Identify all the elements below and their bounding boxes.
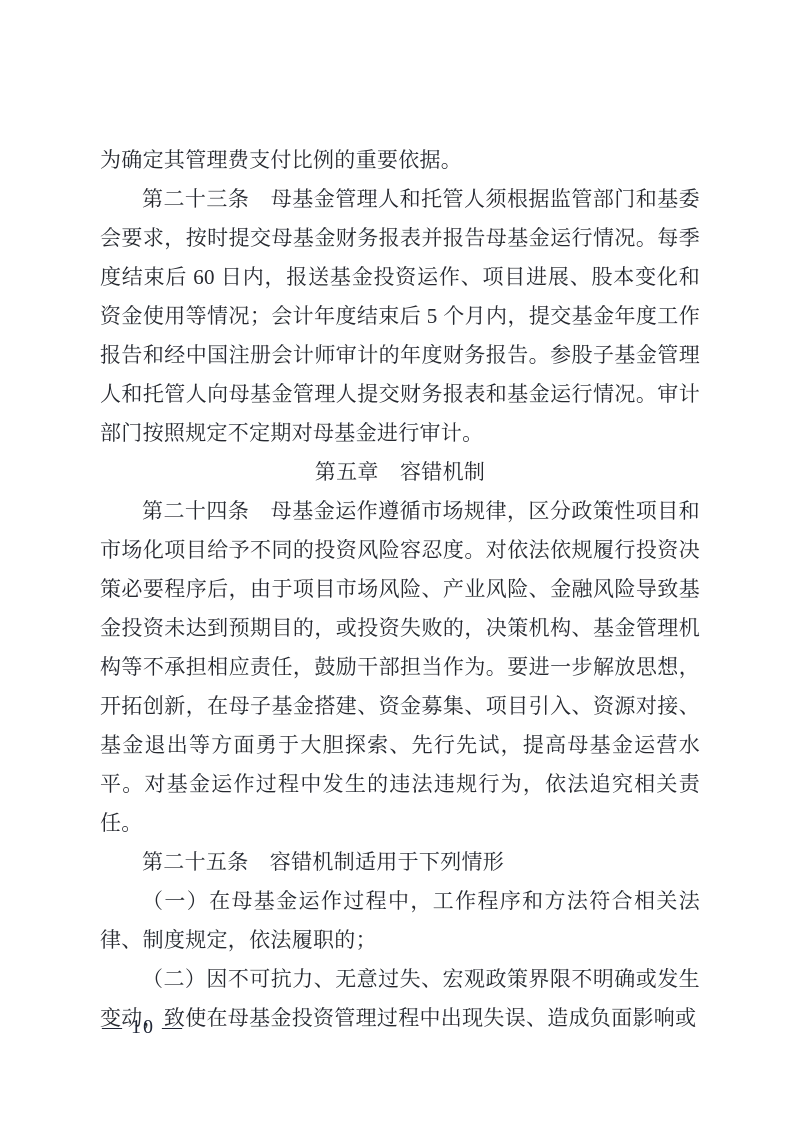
body-paragraph: 第二十三条 母基金管理人和托管人须根据监管部门和基委会要求，按时提交母基金财务报… bbox=[100, 180, 700, 453]
body-paragraph: 第二十五条 容错机制适用于下列情形 bbox=[100, 843, 700, 882]
body-paragraph: （一）在母基金运作过程中，工作程序和方法符合相关法律、制度规定，依法履职的； bbox=[100, 882, 700, 960]
page-number-footer: — 10 — bbox=[102, 1012, 184, 1042]
body-paragraph: 为确定其管理费支付比例的重要依据。 bbox=[100, 141, 700, 180]
body-paragraph: （二）因不可抗力、无意过失、宏观政策界限不明确或发生变动，致使在母基金投资管理过… bbox=[100, 960, 700, 1038]
document-text-body: 为确定其管理费支付比例的重要依据。第二十三条 母基金管理人和托管人须根据监管部门… bbox=[100, 141, 700, 1038]
body-paragraph: 第二十四条 母基金运作遵循市场规律，区分政策性项目和市场化项目给予不同的投资风险… bbox=[100, 492, 700, 843]
document-page: 为确定其管理费支付比例的重要依据。第二十三条 母基金管理人和托管人须根据监管部门… bbox=[0, 0, 793, 1122]
chapter-heading: 第五章 容错机制 bbox=[100, 453, 700, 492]
